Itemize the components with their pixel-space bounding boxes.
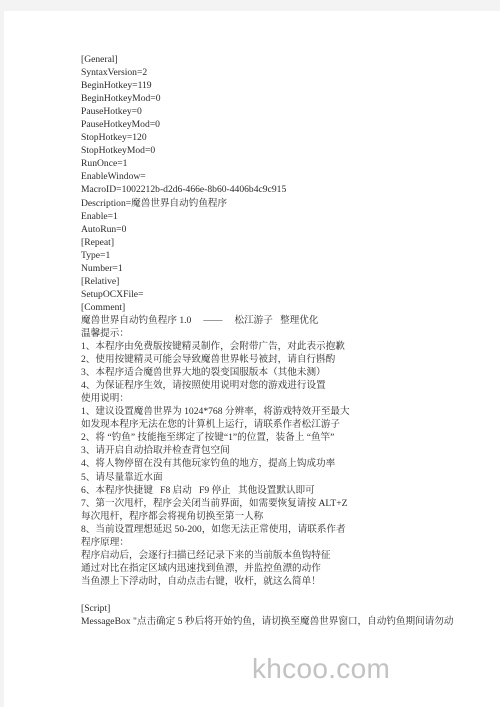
run-once-line: RunOnce=1 [81,157,500,170]
begin-hotkey-line: BeginHotkey=119 [81,79,500,92]
instruction-item-3: 3、请开启自动拾取并检查背包空间 [81,444,500,457]
instruction-item-8: 8、当前设置理想延迟 50-200，如您无法正常使用，请联系作者 [81,523,500,536]
document-body: [General] SyntaxVersion=2 BeginHotkey=11… [81,53,500,628]
section-header-comment: [Comment] [81,301,500,314]
instruction-item-1: 1、建议设置魔兽世界为 1024*768 分辨率，将游戏特效开至最大 [81,405,500,418]
enable-window-line: EnableWindow= [81,170,500,183]
pause-hotkey-line: PauseHotkey=0 [81,105,500,118]
stop-hotkey-mod-line: StopHotkeyMod=0 [81,144,500,157]
instruction-item-2: 2、将 “钓鱼” 技能拖至绑定了按键“1”的位置，装备上 “鱼竿” [81,431,500,444]
message-box-line: MessageBox "点击确定 5 秒后将开始钓鱼，请切换至魔兽世界窗口，自动… [81,615,500,628]
setup-ocx-file-line: SetupOCXFile= [81,288,500,301]
begin-hotkey-mod-line: BeginHotkeyMod=0 [81,92,500,105]
section-header-general: [General] [81,53,500,66]
tips-heading: 温馨提示： [81,327,500,340]
principle-line-1: 程序启动后，会逐行扫描已经记录下来的当前版本鱼钩特征 [81,549,500,562]
instruction-item-7-note: 每次甩杆，程序都会将视角切换至第一人称 [81,510,500,523]
principle-line-2: 通过对比在指定区域内迅速找到鱼漂，并监控鱼漂的动作 [81,562,500,575]
section-header-relative: [Relative] [81,275,500,288]
stop-hotkey-line: StopHotkey=120 [81,131,500,144]
blank-line [81,588,500,602]
tip-item-4: 4、为保证程序生效，请按照使用说明对您的游戏进行设置 [81,379,500,392]
tip-item-3: 3、本程序适合魔兽世界大地的裂变国服版本（其他未测） [81,366,500,379]
comment-title-line: 魔兽世界自动钓鱼程序 1.0 —— 松江游子 整理优化 [81,314,500,327]
macro-id-line: MacroID=1002212b-d2d6-466e-8b60-4406b4c9… [81,183,500,196]
pause-hotkey-mod-line: PauseHotkeyMod=0 [81,118,500,131]
tip-item-2: 2、使用按键精灵可能会导致魔兽世界帐号被封，请自行斟酌 [81,353,500,366]
instruction-item-5: 5、请尽量靠近水面 [81,471,500,484]
instruction-item-7: 7、第一次甩杆，程序会关闭当前界面，如需要恢复请按 ALT+Z [81,497,500,510]
type-line: Type=1 [81,249,500,262]
instruction-item-4: 4、将人物停留在没有其他玩家钓鱼的地方，提高上钩成功率 [81,457,500,470]
watermark-text: khcoo.com [252,653,390,685]
instructions-heading: 使用说明： [81,392,500,405]
principle-line-3: 当鱼漂上下浮动时，自动点击右键，收杆，就这么简单！ [81,575,500,588]
document-page: [General] SyntaxVersion=2 BeginHotkey=11… [4,11,500,707]
enable-line: Enable=1 [81,210,500,223]
section-header-repeat: [Repeat] [81,236,500,249]
tip-item-1: 1、本程序由免费版按键精灵制作，会附带广告，对此表示抱歉 [81,340,500,353]
instruction-item-1-note: 如发现本程序无法在您的计算机上运行，请联系作者松江游子 [81,418,500,431]
number-line: Number=1 [81,262,500,275]
principle-heading: 程序原理： [81,536,500,549]
instruction-item-6: 6、本程序快捷键 F8 启动 F9 停止 其他设置默认即可 [81,484,500,497]
syntax-version-line: SyntaxVersion=2 [81,66,500,79]
auto-run-line: AutoRun=0 [81,223,500,236]
description-line: Description=魔兽世界自动钓鱼程序 [81,197,500,210]
section-header-script: [Script] [81,602,500,615]
